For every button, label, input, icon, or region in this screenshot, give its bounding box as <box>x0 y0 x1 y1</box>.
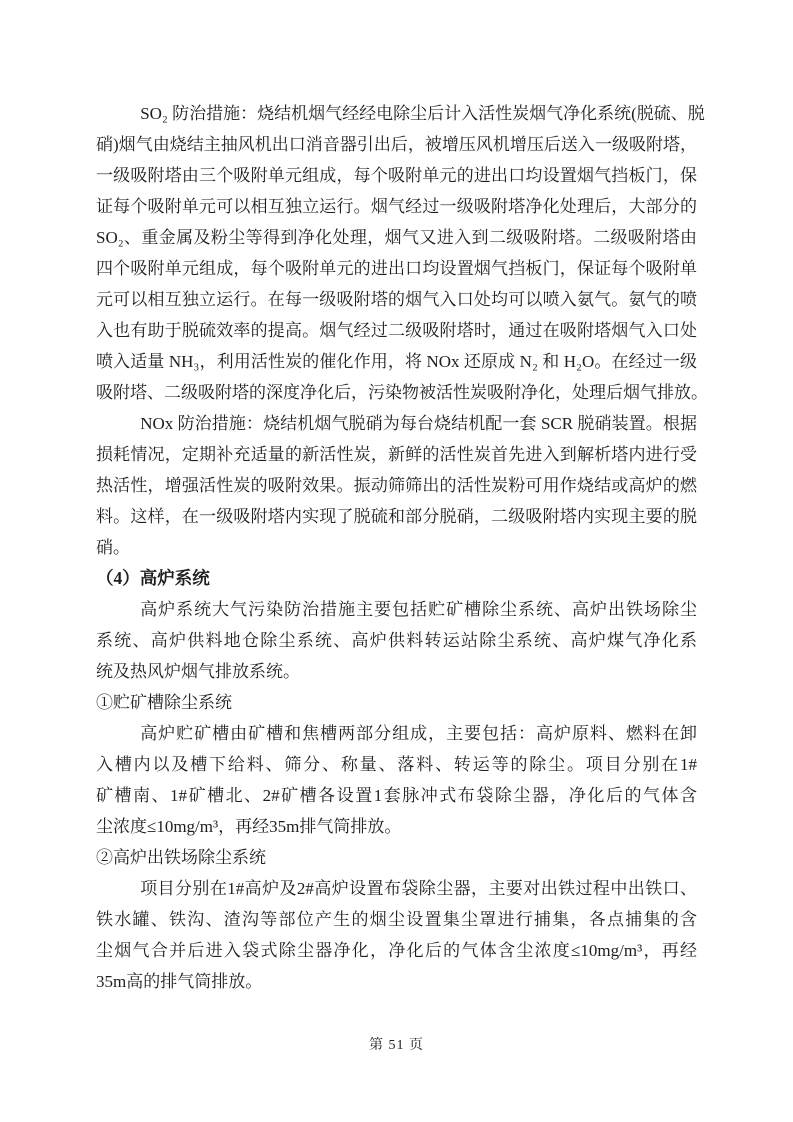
para-overview-line: 高炉系统大气污染防治措施主要包括贮矿槽除尘系统、高炉出铁场除尘 <box>96 594 697 625</box>
para-ore-trough-line: 矿槽南、1#矿槽北、2#矿槽各设置1套脉冲式布袋除尘器，净化后的气体含 <box>96 780 697 811</box>
para-tapping-line: 尘烟气合并后进入袋式除尘器净化，净化后的气体含尘浓度≤10mg/m³，再经 <box>96 935 697 966</box>
para-nox-line: NOx 防治措施：烧结机烟气脱硝为每台烧结机配一套 SCR 脱硝装置。根据 <box>96 408 697 439</box>
para-so2-line: 入也有助于脱硫效率的提高。烟气经过二级吸附塔时，通过在吸附塔烟气入口处 <box>96 315 697 346</box>
para-so2-line: 一级吸附塔由三个吸附单元组成，每个吸附单元的进出口均设置烟气挡板门，保 <box>96 160 697 191</box>
para-tapping-line: 铁水罐、铁沟、渣沟等部位产生的烟尘设置集尘罩进行捕集，各点捕集的含 <box>96 904 697 935</box>
subsection-label-ore-trough: ①贮矿槽除尘系统 <box>96 687 697 718</box>
para-ore-trough-line: 尘浓度≤10mg/m³，再经35m排气筒排放。 <box>96 811 697 842</box>
document-text-block: SO₂ 防治措施：烧结机烟气经经电除尘后计入活性炭烟气净化系统(脱硫、脱 硝)烟… <box>96 98 697 997</box>
para-tapping-line: 项目分别在1#高炉及2#高炉设置布袋除尘器，主要对出铁过程中出铁口、 <box>96 873 697 904</box>
subsection-label-tapping-yard: ②高炉出铁场除尘系统 <box>96 842 697 873</box>
para-so2-line: 喷入适量 NH₃，利用活性炭的催化作用，将 NOx 还原成 N₂ 和 H₂O。在… <box>96 346 697 377</box>
para-so2-line: 证每个吸附单元可以相互独立运行。烟气经过一级吸附塔净化处理后，大部分的 <box>96 191 697 222</box>
para-so2-line: 硝)烟气由烧结主抽风机出口消音器引出后，被增压风机增压后送入一级吸附塔， <box>96 129 697 160</box>
para-nox-line: 热活性，增强活性炭的吸附效果。振动筛筛出的活性炭粉可用作烧结或高炉的燃 <box>96 470 697 501</box>
para-so2-line: SO₂、重金属及粉尘等得到净化处理，烟气又进入到二级吸附塔。二级吸附塔由 <box>96 222 697 253</box>
para-so2-line: SO₂ 防治措施：烧结机烟气经经电除尘后计入活性炭烟气净化系统(脱硫、脱 <box>96 98 697 129</box>
para-ore-trough-line: 高炉贮矿槽由矿槽和焦槽两部分组成，主要包括：高炉原料、燃料在卸 <box>96 718 697 749</box>
para-nox-line: 硝。 <box>96 532 697 563</box>
document-page: SO₂ 防治措施：烧结机烟气经经电除尘后计入活性炭烟气净化系统(脱硫、脱 硝)烟… <box>0 0 793 1122</box>
para-so2-line: 元可以相互独立运行。在每一级吸附塔的烟气入口处均可以喷入氨气。氨气的喷 <box>96 284 697 315</box>
section-heading-blast-furnace: （4）高炉系统 <box>96 563 697 594</box>
page-number-footer: 第 51 页 <box>0 1034 793 1054</box>
para-overview-line: 系统、高炉供料地仓除尘系统、高炉供料转运站除尘系统、高炉煤气净化系 <box>96 625 697 656</box>
para-so2-line: 四个吸附单元组成，每个吸附单元的进出口均设置烟气挡板门，保证每个吸附单 <box>96 253 697 284</box>
para-nox-line: 损耗情况，定期补充适量的新活性炭，新鲜的活性炭首先进入到解析塔内进行受 <box>96 439 697 470</box>
para-tapping-line: 35m高的排气筒排放。 <box>96 966 697 997</box>
para-ore-trough-line: 入槽内以及槽下给料、筛分、称量、落料、转运等的除尘。项目分别在1# <box>96 749 697 780</box>
para-overview-line: 统及热风炉烟气排放系统。 <box>96 656 697 687</box>
para-nox-line: 料。这样，在一级吸附塔内实现了脱硫和部分脱硝，二级吸附塔内实现主要的脱 <box>96 501 697 532</box>
para-so2-line: 吸附塔、二级吸附塔的深度净化后，污染物被活性炭吸附净化，处理后烟气排放。 <box>96 377 697 408</box>
